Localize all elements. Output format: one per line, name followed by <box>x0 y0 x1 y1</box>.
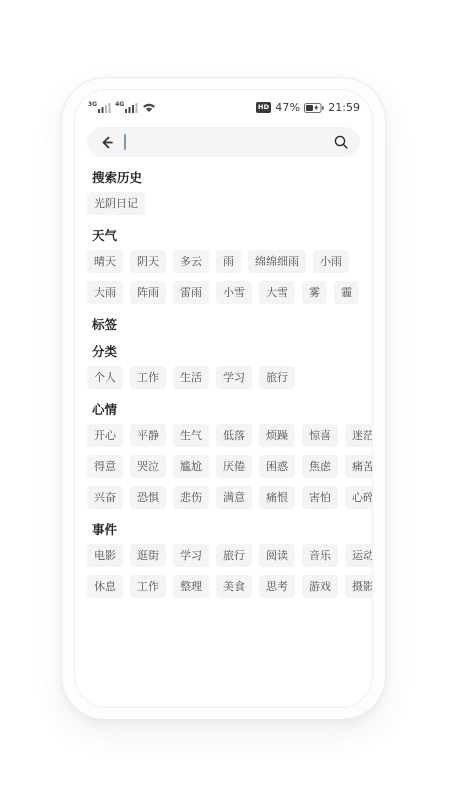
status-left-icons: 3G 4G <box>88 102 156 113</box>
category-row: 个人 工作 生活 学习 旅行 <box>87 366 360 389</box>
search-icon[interactable] <box>333 134 349 150</box>
tag-chip[interactable]: 个人 <box>87 366 123 389</box>
tag-chip[interactable]: 阵雨 <box>130 281 166 304</box>
event-row-1: 电影 逛街 学习 旅行 阅读 音乐 运动 <box>87 544 360 567</box>
mood-row-1: 开心 平静 生气 低落 烦躁 惊喜 迷茫 <box>87 424 360 447</box>
tag-chip[interactable]: 摄影 <box>345 575 373 598</box>
tag-chip[interactable]: 痛苦 <box>345 455 373 478</box>
tag-chip[interactable]: 学习 <box>173 544 209 567</box>
clock-time: 21:59 <box>328 101 360 114</box>
tag-chip[interactable]: 尴尬 <box>173 455 209 478</box>
tag-panel: 搜索历史 光阴日记 天气 晴天 阴天 多云 雨 绵绵细雨 小雨 大雨 阵雨 雷雨… <box>75 171 372 598</box>
tag-chip[interactable]: 思考 <box>259 575 295 598</box>
tag-chip[interactable]: 雾 <box>302 281 327 304</box>
weather-row-1: 晴天 阴天 多云 雨 绵绵细雨 小雨 <box>87 250 360 273</box>
tag-chip[interactable]: 困惑 <box>259 455 295 478</box>
tag-chip[interactable]: 霾 <box>334 281 359 304</box>
tag-chip[interactable]: 工作 <box>130 575 166 598</box>
tag-chip[interactable]: 悲伤 <box>173 486 209 509</box>
weather-row-2: 大雨 阵雨 雷雨 小雪 大雪 雾 霾 <box>87 281 360 304</box>
tag-chip[interactable]: 低落 <box>216 424 252 447</box>
tag-chip[interactable]: 学习 <box>216 366 252 389</box>
event-row-2: 休息 工作 整理 美食 思考 游戏 摄影 <box>87 575 360 598</box>
phone-frame: 3G 4G <box>61 77 386 720</box>
tag-chip[interactable]: 恐惧 <box>130 486 166 509</box>
tag-chip[interactable]: 多云 <box>173 250 209 273</box>
tag-chip[interactable]: 美食 <box>216 575 252 598</box>
tag-chip[interactable]: 厌倦 <box>216 455 252 478</box>
section-title-category: 分类 <box>92 345 360 358</box>
tag-chip[interactable]: 兴奋 <box>87 486 123 509</box>
tag-chip[interactable]: 烦躁 <box>259 424 295 447</box>
tag-chip[interactable]: 雨 <box>216 250 241 273</box>
section-title-mood: 心情 <box>92 403 360 416</box>
wifi-icon <box>142 102 156 113</box>
status-right-icons: HD 47% 21:59 <box>256 101 360 114</box>
tag-chip[interactable]: 心碎 <box>345 486 373 509</box>
sim1-network-label: 3G <box>88 102 97 108</box>
section-title-tags: 标签 <box>92 318 360 331</box>
tag-chip[interactable]: 小雪 <box>216 281 252 304</box>
sim2-signal-icon: 4G <box>115 102 138 113</box>
tag-chip[interactable]: 旅行 <box>216 544 252 567</box>
battery-percent: 47% <box>275 101 300 114</box>
tag-chip[interactable]: 运动 <box>345 544 373 567</box>
phone-screen: 3G 4G <box>74 89 373 708</box>
tag-chip[interactable]: 生气 <box>173 424 209 447</box>
tag-chip[interactable]: 绵绵细雨 <box>248 250 306 273</box>
search-bar[interactable] <box>87 127 360 157</box>
mood-row-2: 得意 哭泣 尴尬 厌倦 困惑 焦虑 痛苦 <box>87 455 360 478</box>
tag-chip[interactable]: 逛街 <box>130 544 166 567</box>
tag-chip[interactable]: 哭泣 <box>130 455 166 478</box>
hd-badge-icon: HD <box>256 102 271 113</box>
tag-chip[interactable]: 休息 <box>87 575 123 598</box>
tag-chip[interactable]: 痛恨 <box>259 486 295 509</box>
tag-chip[interactable]: 雷雨 <box>173 281 209 304</box>
tag-chip[interactable]: 阴天 <box>130 250 166 273</box>
sim1-signal-icon: 3G <box>88 102 111 113</box>
tag-chip[interactable]: 小雨 <box>313 250 349 273</box>
tag-chip[interactable]: 害怕 <box>302 486 338 509</box>
tag-chip[interactable]: 平静 <box>130 424 166 447</box>
tag-chip[interactable]: 开心 <box>87 424 123 447</box>
tag-chip[interactable]: 得意 <box>87 455 123 478</box>
section-title-search-history: 搜索历史 <box>92 171 360 184</box>
tag-chip[interactable]: 焦虑 <box>302 455 338 478</box>
mood-row-3: 兴奋 恐惧 悲伤 满意 痛恨 害怕 心碎 <box>87 486 360 509</box>
history-chip[interactable]: 光阴日记 <box>87 192 145 215</box>
tag-chip[interactable]: 音乐 <box>302 544 338 567</box>
tag-chip[interactable]: 惊喜 <box>302 424 338 447</box>
tag-chip[interactable]: 大雪 <box>259 281 295 304</box>
tag-chip[interactable]: 游戏 <box>302 575 338 598</box>
tag-chip[interactable]: 迷茫 <box>345 424 373 447</box>
section-title-weather: 天气 <box>92 229 360 242</box>
section-title-event: 事件 <box>92 523 360 536</box>
battery-icon <box>304 103 324 113</box>
tag-chip[interactable]: 工作 <box>130 366 166 389</box>
sim2-network-label: 4G <box>115 102 124 108</box>
tag-chip[interactable]: 生活 <box>173 366 209 389</box>
back-arrow-icon[interactable] <box>98 134 115 151</box>
tag-chip[interactable]: 大雨 <box>87 281 123 304</box>
search-history-row: 光阴日记 <box>87 192 360 215</box>
tag-chip[interactable]: 满意 <box>216 486 252 509</box>
tag-chip[interactable]: 晴天 <box>87 250 123 273</box>
tag-chip[interactable]: 电影 <box>87 544 123 567</box>
tag-chip[interactable]: 阅读 <box>259 544 295 567</box>
tag-chip[interactable]: 整理 <box>173 575 209 598</box>
tag-chip[interactable]: 旅行 <box>259 366 295 389</box>
status-bar: 3G 4G <box>75 90 372 114</box>
text-cursor <box>124 134 126 150</box>
